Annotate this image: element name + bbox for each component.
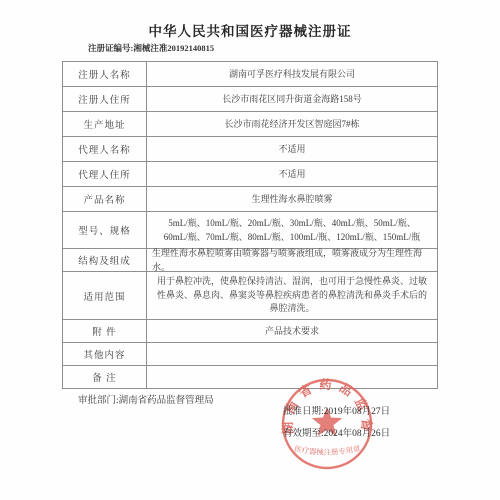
- field-label: 注册人住所: [63, 87, 147, 111]
- certificate-dates: 批准日期:2019年08月27日 有效期至:2024年08月26日: [283, 401, 390, 445]
- field-value: 湖南可孚医疗科技发展有限公司: [147, 62, 437, 86]
- table-row: 代理人住所 不适用: [63, 162, 437, 187]
- field-label: 生产地址: [63, 112, 147, 136]
- approval-date: 批准日期:2019年08月27日: [283, 401, 390, 423]
- certificate-title: 中华人民共和国医疗器械注册证: [0, 20, 500, 40]
- table-row: 注册人住所 长沙市雨花区同升街道金海路158号: [63, 87, 437, 112]
- certificate-table: 注册人名称 湖南可孚医疗科技发展有限公司 注册人住所 长沙市雨花区同升街道金海路…: [62, 61, 438, 389]
- field-label: 附 件: [63, 320, 147, 342]
- field-value: 长沙市雨花经济开发区智庭园7#栋: [147, 112, 437, 136]
- field-label: 注册人名称: [63, 62, 147, 86]
- field-label: 适用范围: [63, 272, 147, 319]
- field-label: 其他内容: [63, 343, 147, 365]
- field-label: 结构及组成: [63, 249, 147, 271]
- certificate-number: 注册证编号:湘械注准20192140815: [88, 42, 214, 54]
- field-value: 长沙市雨花区同升街道金海路158号: [147, 87, 437, 111]
- table-row: 附 件 产品技术要求: [63, 320, 437, 343]
- field-value: 生理性海水鼻腔喷雾由喷雾器与喷雾液组成，喷雾液成分为生理性海水。: [147, 249, 437, 271]
- field-value: 5mL/瓶、10mL/瓶、20mL/瓶、30mL/瓶、40mL/瓶、50mL/瓶…: [147, 212, 437, 248]
- table-row: 其他内容: [63, 343, 437, 366]
- field-label: 型号、规格: [63, 212, 147, 248]
- field-label: 产品名称: [63, 187, 147, 211]
- field-value: 生理性海水鼻腔喷雾: [147, 187, 437, 211]
- certificate-number-value: 湘械注准20192140815: [133, 43, 214, 53]
- field-label: 代理人名称: [63, 137, 147, 161]
- field-label: 代理人住所: [63, 162, 147, 186]
- field-value: 用于鼻腔冲洗，使鼻腔保持清洁、湿润，也可用于急慢性鼻炎、过敏性鼻炎、鼻息肉、鼻窦…: [147, 272, 437, 319]
- approval-department: 审批部门:湖南省药品监督管理局: [78, 392, 214, 406]
- field-value: [147, 343, 437, 365]
- table-row: 结构及组成 生理性海水鼻腔喷雾由喷雾器与喷雾液组成，喷雾液成分为生理性海水。: [63, 249, 437, 272]
- field-value: 产品技术要求: [147, 320, 437, 342]
- expiry-date: 有效期至:2024年08月26日: [283, 423, 390, 445]
- field-label: 备 注: [63, 366, 147, 388]
- table-row: 型号、规格 5mL/瓶、10mL/瓶、20mL/瓶、30mL/瓶、40mL/瓶、…: [63, 212, 437, 249]
- field-value: 不适用: [147, 137, 437, 161]
- table-row: 生产地址 长沙市雨花经济开发区智庭园7#栋: [63, 112, 437, 137]
- certificate-number-label: 注册证编号:: [88, 43, 133, 53]
- table-row: 适用范围 用于鼻腔冲洗，使鼻腔保持清洁、湿润，也可用于急慢性鼻炎、过敏性鼻炎、鼻…: [63, 272, 437, 320]
- table-row: 产品名称 生理性海水鼻腔喷雾: [63, 187, 437, 212]
- table-row: 注册人名称 湖南可孚医疗科技发展有限公司: [63, 62, 437, 87]
- table-row: 代理人名称 不适用: [63, 137, 437, 162]
- field-value: 不适用: [147, 162, 437, 186]
- certificate-page: 中华人民共和国医疗器械注册证 注册证编号:湘械注准20192140815 注册人…: [0, 0, 500, 500]
